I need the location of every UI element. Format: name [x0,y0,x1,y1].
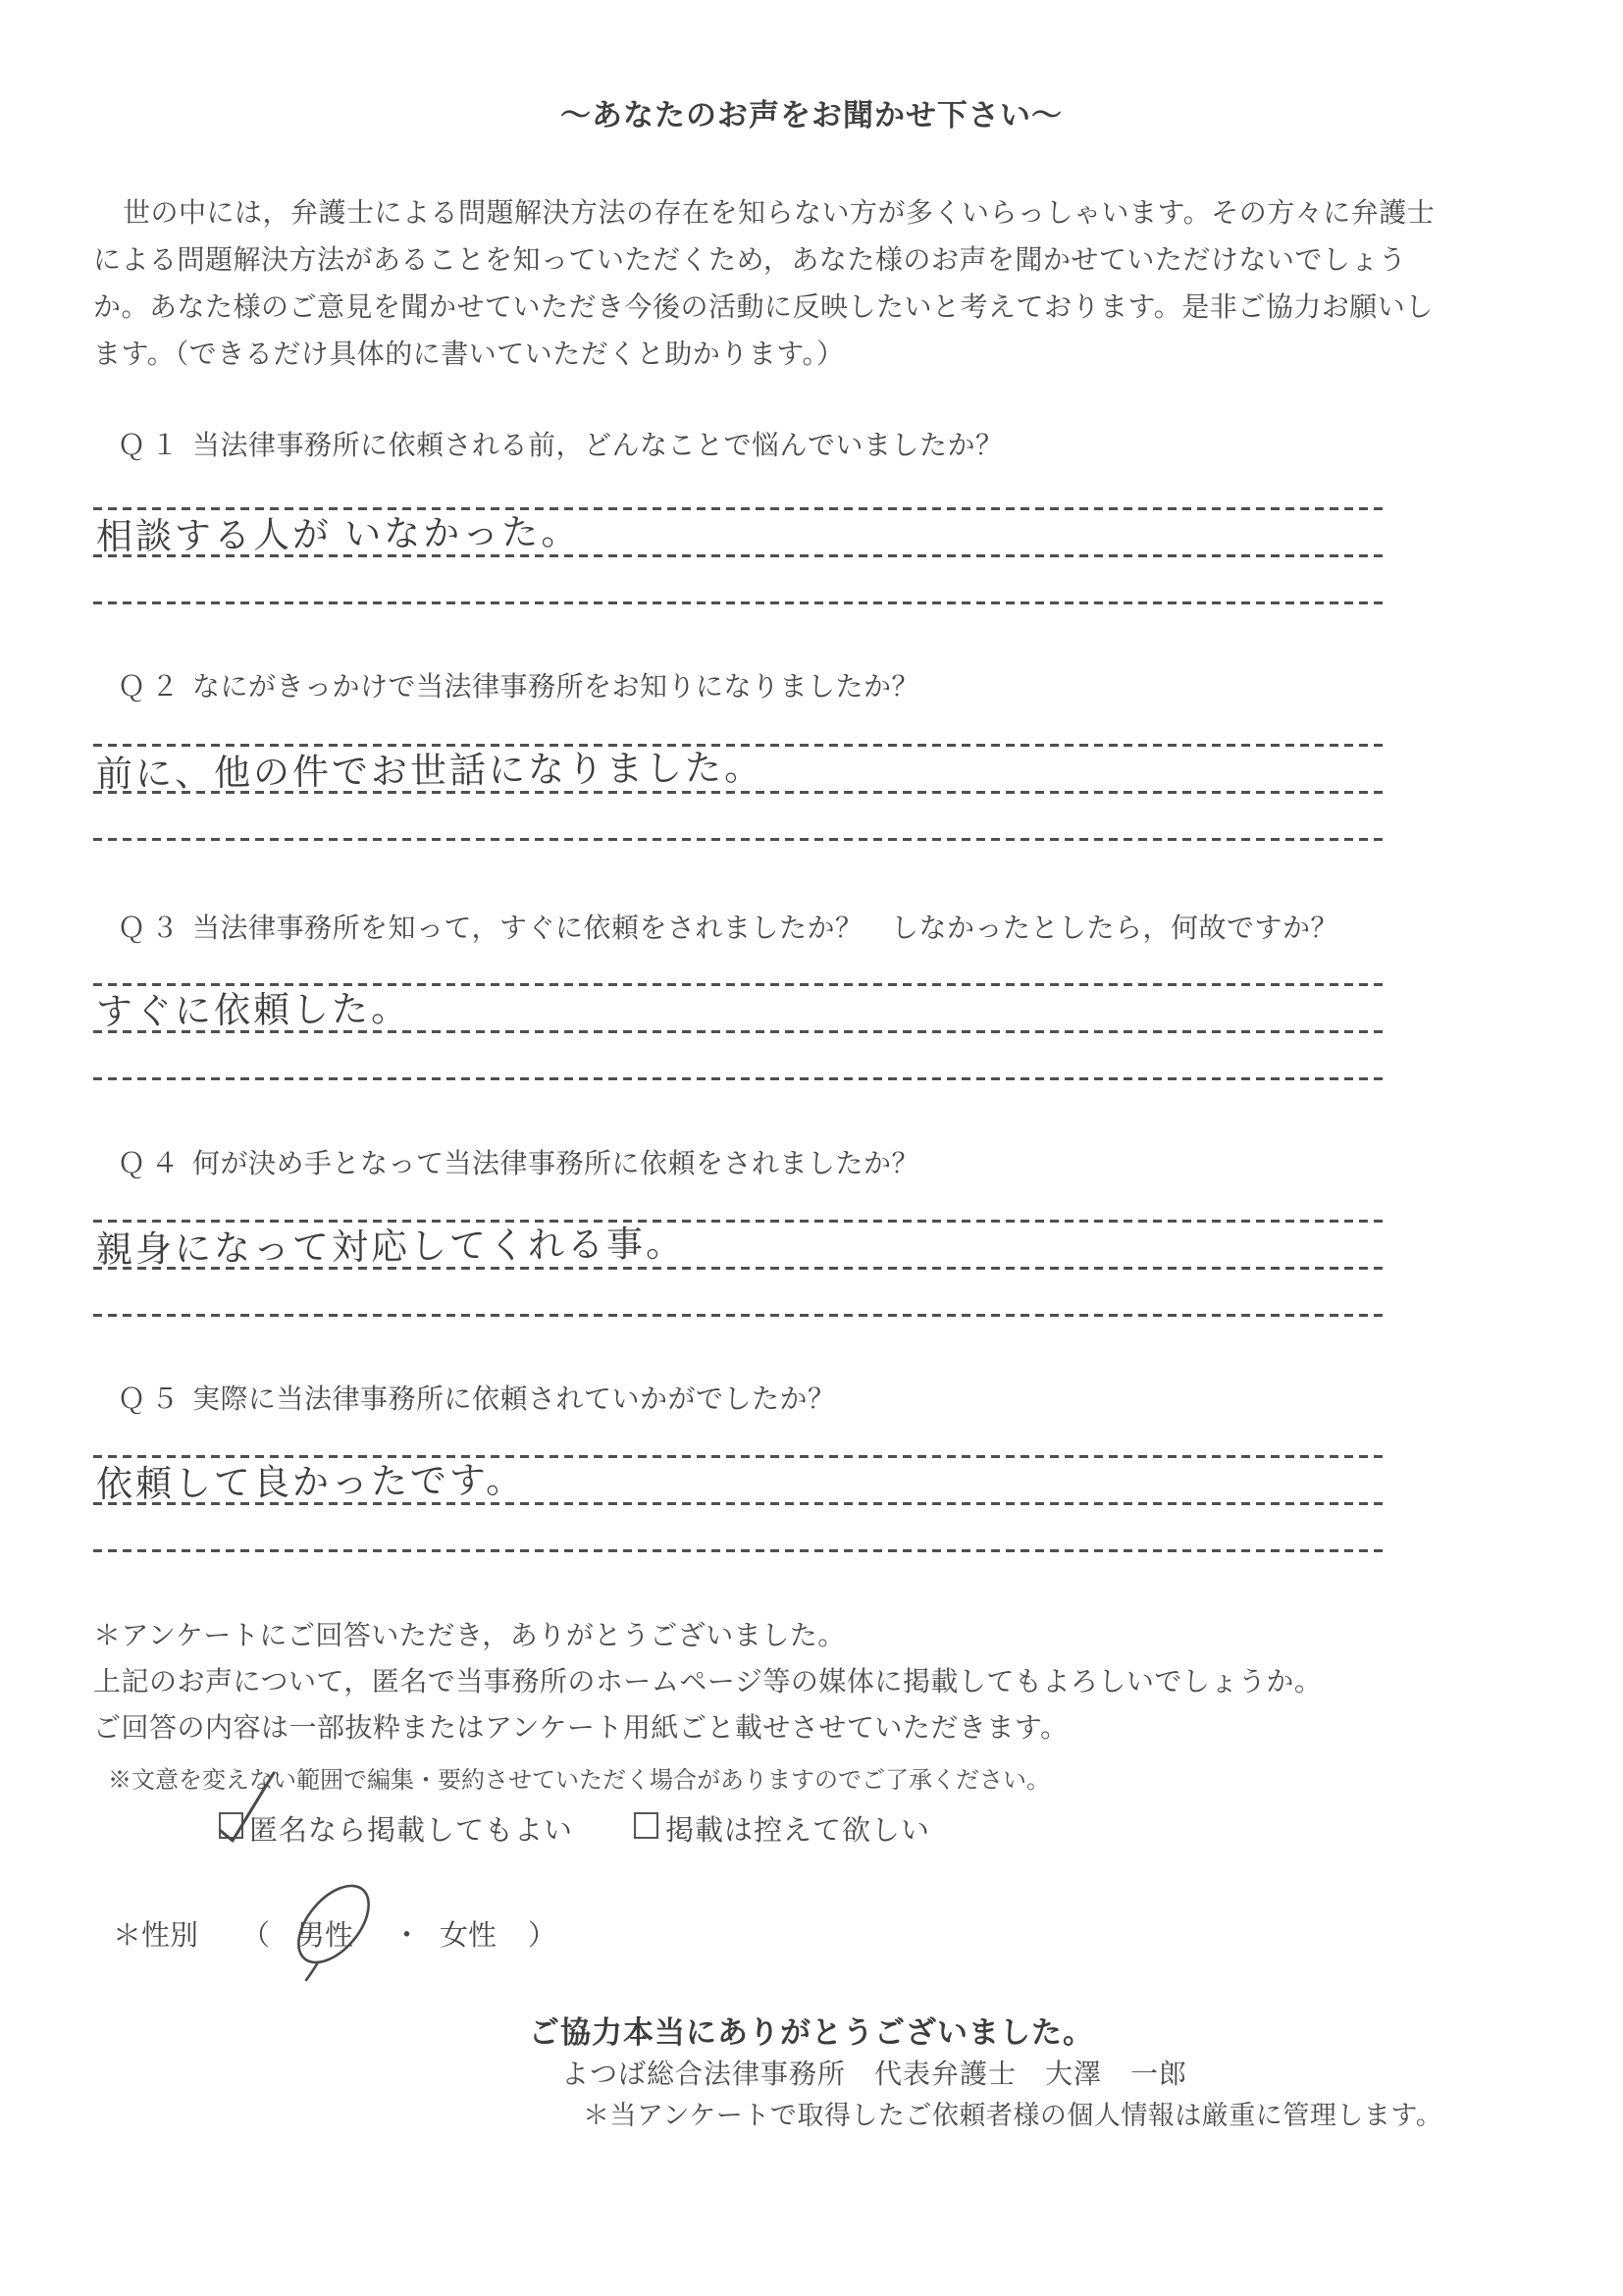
publication-thanks: ＊アンケートにご回答いただき，ありがとうございました。 [93,1614,846,1653]
question-4-label: Ｑ４ [118,1142,184,1181]
answer-line [93,983,1384,986]
answer-line [93,1077,1384,1080]
gender-separator: ・ [393,1913,421,1954]
answer-line [93,1314,1384,1317]
intro-line: による問題解決方法があることを知っていただくため，あなた様のお声を聞かせていただ… [93,243,1511,277]
answer-line [93,1455,1384,1458]
question-2-text: なにがきっかけで当法律事務所をお知りになりましたか？ [192,665,919,704]
decline-checkbox [634,1812,658,1839]
gender-option-female: 女性 [440,1913,497,1954]
question-1: Ｑ１ 当法律事務所に依頼される前，どんなことで悩んでいましたか？ [0,424,1623,463]
anonymous-ok-label: 匿名なら掲載してもよい [249,1808,573,1849]
answer-line [93,601,1384,604]
gender-label: ＊性別 [113,1913,198,1954]
survey-document: ～あなたのお声をお聞かせ下さい～ 世の中には，弁護士による問題解決方法の存在を知… [0,0,1623,2296]
question-5-text: 実際に当法律事務所に依頼されていかがでしたか？ [192,1378,836,1417]
answer-line [93,1549,1384,1552]
answer-line [93,507,1384,510]
answer-line [93,838,1384,841]
gender-close-paren: ） [528,1913,556,1954]
closing-thanks: ご協力本当にありがとうございました。 [0,2008,1623,2052]
question-3-text: 当法律事務所を知って，すぐに依頼をされましたか？ しなかったとしたら，何故ですか… [192,907,1338,946]
question-5: Ｑ５ 実際に当法律事務所に依頼されていかがでしたか？ [0,1378,1623,1417]
gender-open-paren: （ [241,1913,270,1954]
page-title: ～あなたのお声をお聞かせ下さい～ [0,90,1623,134]
answer-line [93,554,1384,557]
question-1-label: Ｑ１ [118,424,184,463]
answer-line [93,1502,1384,1505]
question-2: Ｑ２ なにがきっかけで当法律事務所をお知りになりましたか？ [0,665,1623,704]
answer-line [93,1220,1384,1223]
privacy-note: ＊当アンケートで取得したご依頼者様の個人情報は厳重に管理します。 [583,2094,1442,2132]
question-3: Ｑ３ 当法律事務所を知って，すぐに依頼をされましたか？ しなかったとしたら，何故… [0,907,1623,946]
intro-line: か。あなた様のご意見を聞かせていただき今後の活動に反映したいと考えております。是… [93,290,1511,324]
question-3-label: Ｑ３ [118,907,184,946]
firm-signature: よつば総合法律事務所 代表弁護士 大澤 一郎 [561,2053,1187,2092]
decline-label: 掲載は控えて欲しい [665,1808,930,1849]
question-4-text: 何が決め手となって当法律事務所に依頼をされましたか？ [192,1142,919,1181]
handwritten-circle-icon [283,1880,391,1988]
question-1-text: 当法律事務所に依頼される前，どんなことで悩んでいましたか？ [192,424,1004,463]
question-5-label: Ｑ５ [118,1378,184,1417]
intro-line: ます。（できるだけ具体的に書いていただくと助かります。） [93,338,1511,371]
question-4: Ｑ４ 何が決め手となって当法律事務所に依頼をされましたか？ [0,1142,1623,1181]
answer-line [93,1267,1384,1270]
answer-line [93,791,1384,794]
answer-line [93,1030,1384,1033]
publication-request: 上記のお声について，匿名で当事務所のホームページ等の媒体に掲載してもよろしいでし… [93,1660,1322,1699]
intro-line: 世の中には，弁護士による問題解決方法の存在を知らない方が多くいらっしゃいます。そ… [93,196,1541,230]
question-2-label: Ｑ２ [118,665,184,704]
publication-detail: ご回答の内容は一部抜粋またはアンケート用紙ごと載せさせていただきます。 [93,1706,1069,1746]
